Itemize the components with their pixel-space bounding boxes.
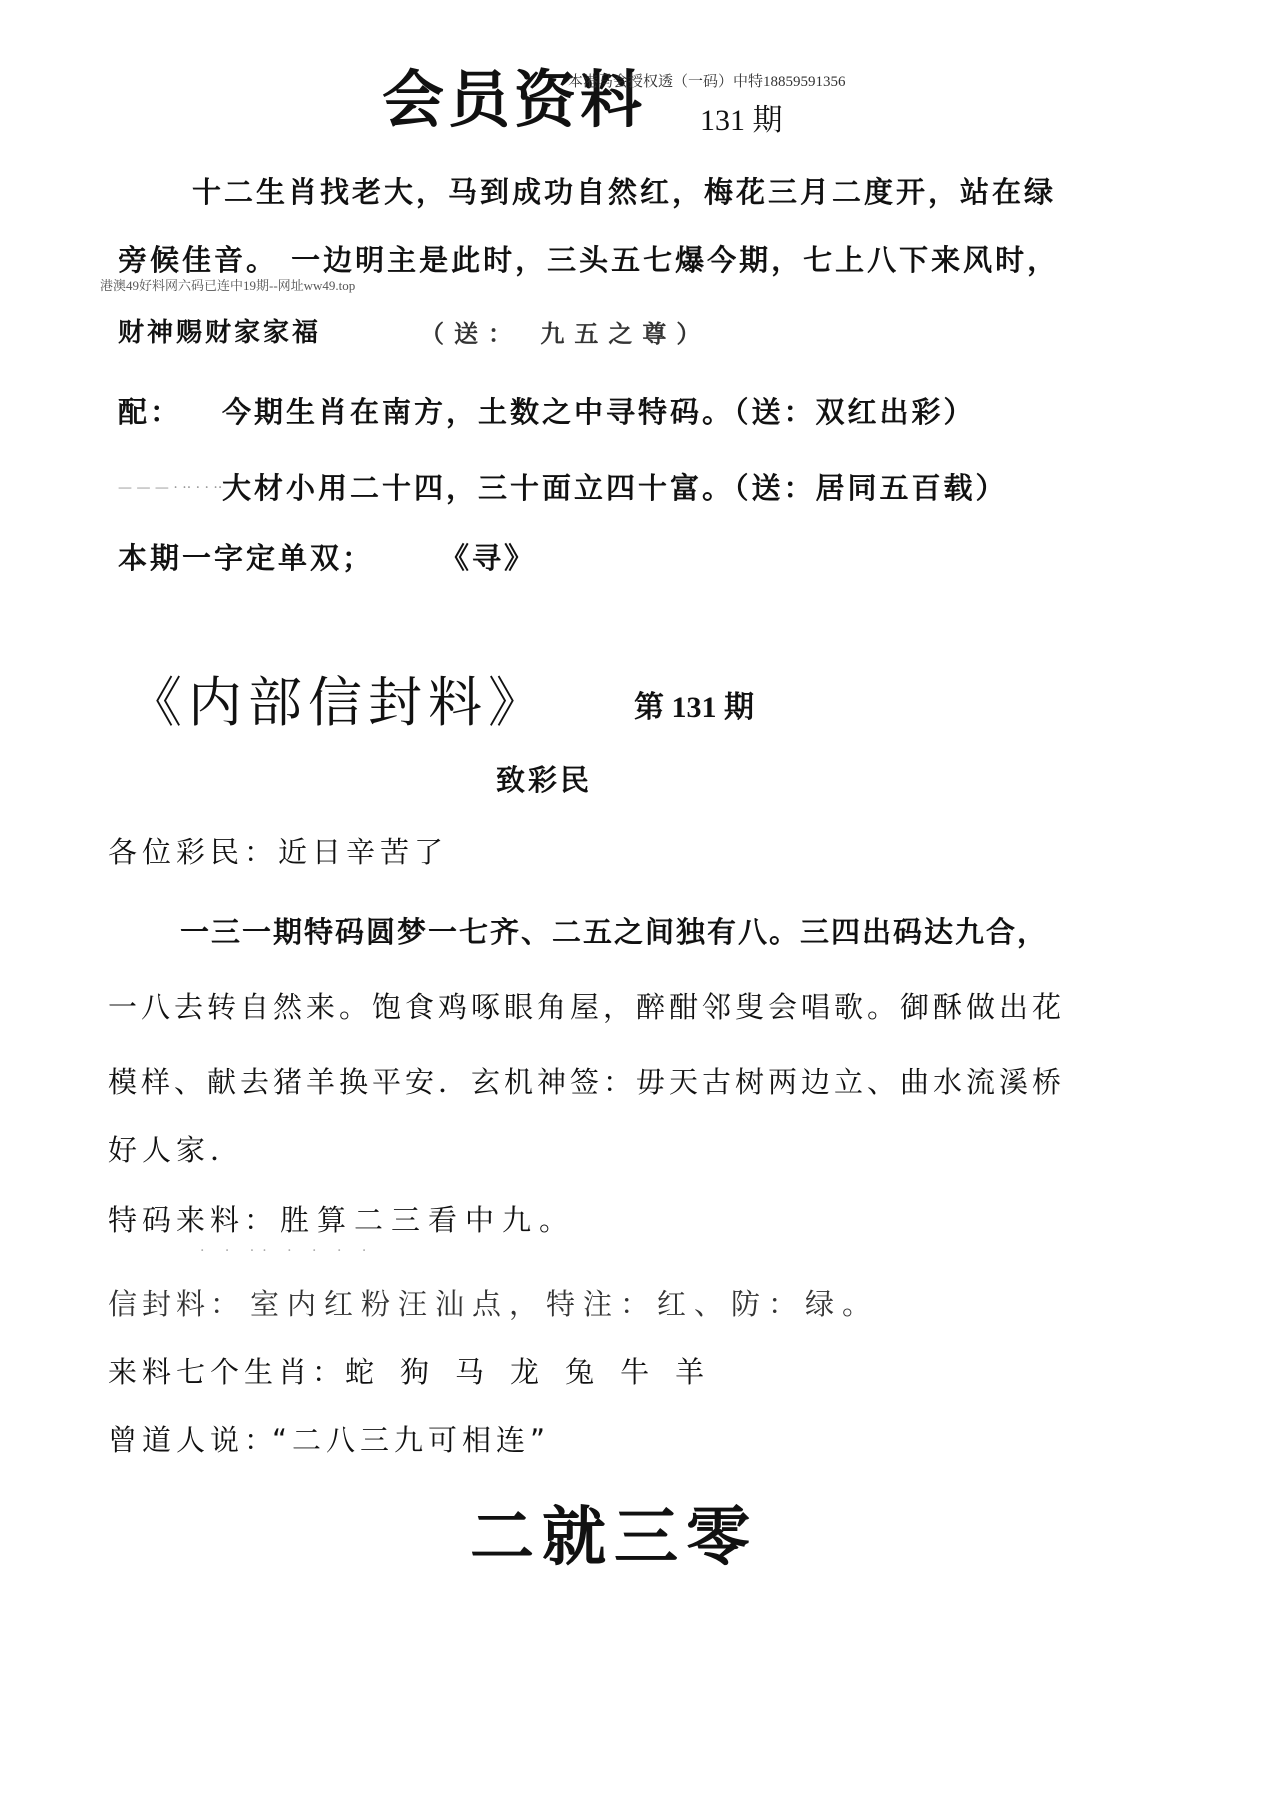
member-info-title: 会员资料 <box>382 50 646 139</box>
poem-line-1: 十二生肖找老大，马到成功自然红，梅花三月二度开，站在绿 <box>192 170 1056 211</box>
watermark-top: 本港马会授权透（一码）中特18859591356 <box>568 70 846 91</box>
pairing-line-2: 大材小用二十四，三十面立四十富。（送：居同五百载） <box>222 466 1008 507</box>
zodiac-item: 蛇 <box>345 1350 379 1391</box>
pairing-label: 配： <box>118 390 182 431</box>
addressee: 致彩民 <box>496 758 592 799</box>
pairing-line-1: 今期生肖在南方，土数之中寻特码。（送：双红出彩） <box>222 390 976 431</box>
zodiac-item: 牛 <box>620 1350 654 1391</box>
special-code-value: 胜算二三看中九。 <box>280 1198 576 1239</box>
daoist-label: 曾道人说： <box>108 1418 278 1459</box>
zodiac-item: 狗 <box>400 1350 434 1391</box>
daoist-quote: “二八三九可相连” <box>272 1418 550 1459</box>
zodiac-item: 马 <box>455 1350 489 1391</box>
greeting: 各位彩民：近日辛苦了 <box>108 830 448 871</box>
envelope-label: 信封料： <box>108 1282 244 1323</box>
envelope-issue: 第 131 期 <box>634 682 754 726</box>
special-code-label: 特码来料： <box>108 1198 278 1239</box>
zodiac-item: 兔 <box>565 1350 599 1391</box>
single-double-value: 《寻》 <box>440 536 536 577</box>
poem-line-3-note: （送： 九五之尊） <box>420 314 710 349</box>
envelope-body-line-4: 好人家． <box>108 1128 244 1169</box>
zodiac-item: 羊 <box>675 1350 709 1391</box>
zodiac-list: 蛇 狗 马 龙 兔 牛 羊 <box>345 1350 709 1391</box>
watermark-mid: 港澳49好料网六码已连中19期--网址ww49.top <box>100 275 355 294</box>
zodiac-item: 龙 <box>510 1350 544 1391</box>
final-phrase: 二就三零 <box>470 1486 758 1578</box>
stray-marks: — — — · ·· · · ·· <box>118 480 222 496</box>
poem-line-3: 财神赐财家家福 <box>118 312 321 349</box>
zodiac-label: 来料七个生肖： <box>108 1350 346 1391</box>
envelope-value: 室内红粉汪汕点，特注：红、防：绿。 <box>250 1282 879 1323</box>
dotted-marks: · · ·· · · · · <box>200 1243 374 1259</box>
member-info-issue: 131 期 <box>700 95 783 139</box>
single-double-label: 本期一字定单双； <box>118 536 374 577</box>
envelope-body-line-1: 一三一期特码圆梦一七齐、二五之间独有八。三四出码达九合， <box>180 910 1048 951</box>
envelope-body-line-3: 模样、献去猪羊换平安．玄机神签：毋天古树两边立、曲水流溪桥 <box>108 1060 1065 1101</box>
envelope-title: 《内部信封料》 <box>128 660 548 737</box>
poem-line-2: 旁候佳音。 一边明主是此时，三头五七爆今期，七上八下来风时， <box>118 238 1059 279</box>
envelope-body-line-2: 一八去转自然来。饱食鸡啄眼角屋，醉酣邻叟会唱歌。御酥做出花 <box>108 985 1065 1026</box>
